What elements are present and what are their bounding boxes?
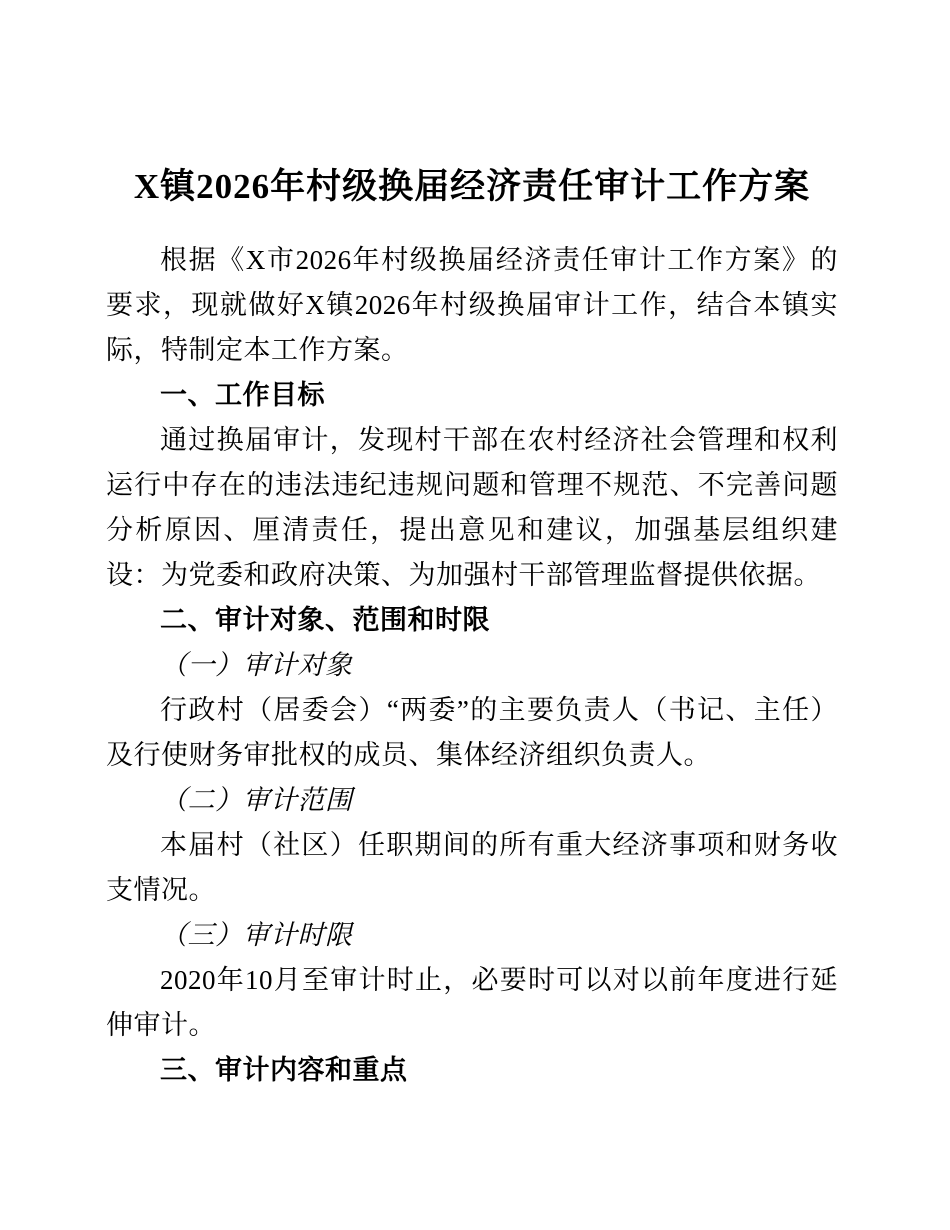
paragraph-intro: 根据《X市2026年村级换届经济责任审计工作方案》的要求，现就做好X镇2026年… [106,238,838,373]
paragraph-audit-target: 行政村（居委会）“两委”的主要负责人（书记、主任）及行使财务审批权的成员、集体经… [106,688,838,778]
section-heading-1-work-goals: 一、工作目标 [106,373,838,418]
paragraph-audit-range: 本届村（社区）任职期间的所有重大经济事项和财务收支情况。 [106,823,838,913]
subheading-audit-target: （一）审计对象 [106,643,838,688]
document-content: X镇2026年村级换届经济责任审计工作方案 根据《X市2026年村级换届经济责任… [0,0,950,1093]
section-heading-2-audit-scope: 二、审计对象、范围和时限 [106,598,838,643]
paragraph-audit-time-limit: 2020年10月至审计时止，必要时可以对以前年度进行延伸审计。 [106,958,838,1048]
subheading-audit-range: （二）审计范围 [106,778,838,823]
section-heading-3-audit-content: 三、审计内容和重点 [106,1048,838,1093]
document-title: X镇2026年村级换届经济责任审计工作方案 [106,163,838,211]
paragraph-work-goals: 通过换届审计，发现村干部在农村经济社会管理和权利运行中存在的违法违纪违规问题和管… [106,418,838,598]
document-page: X镇2026年村级换届经济责任审计工作方案 根据《X市2026年村级换届经济责任… [0,0,950,1230]
subheading-audit-time-limit: （三）审计时限 [106,913,838,958]
